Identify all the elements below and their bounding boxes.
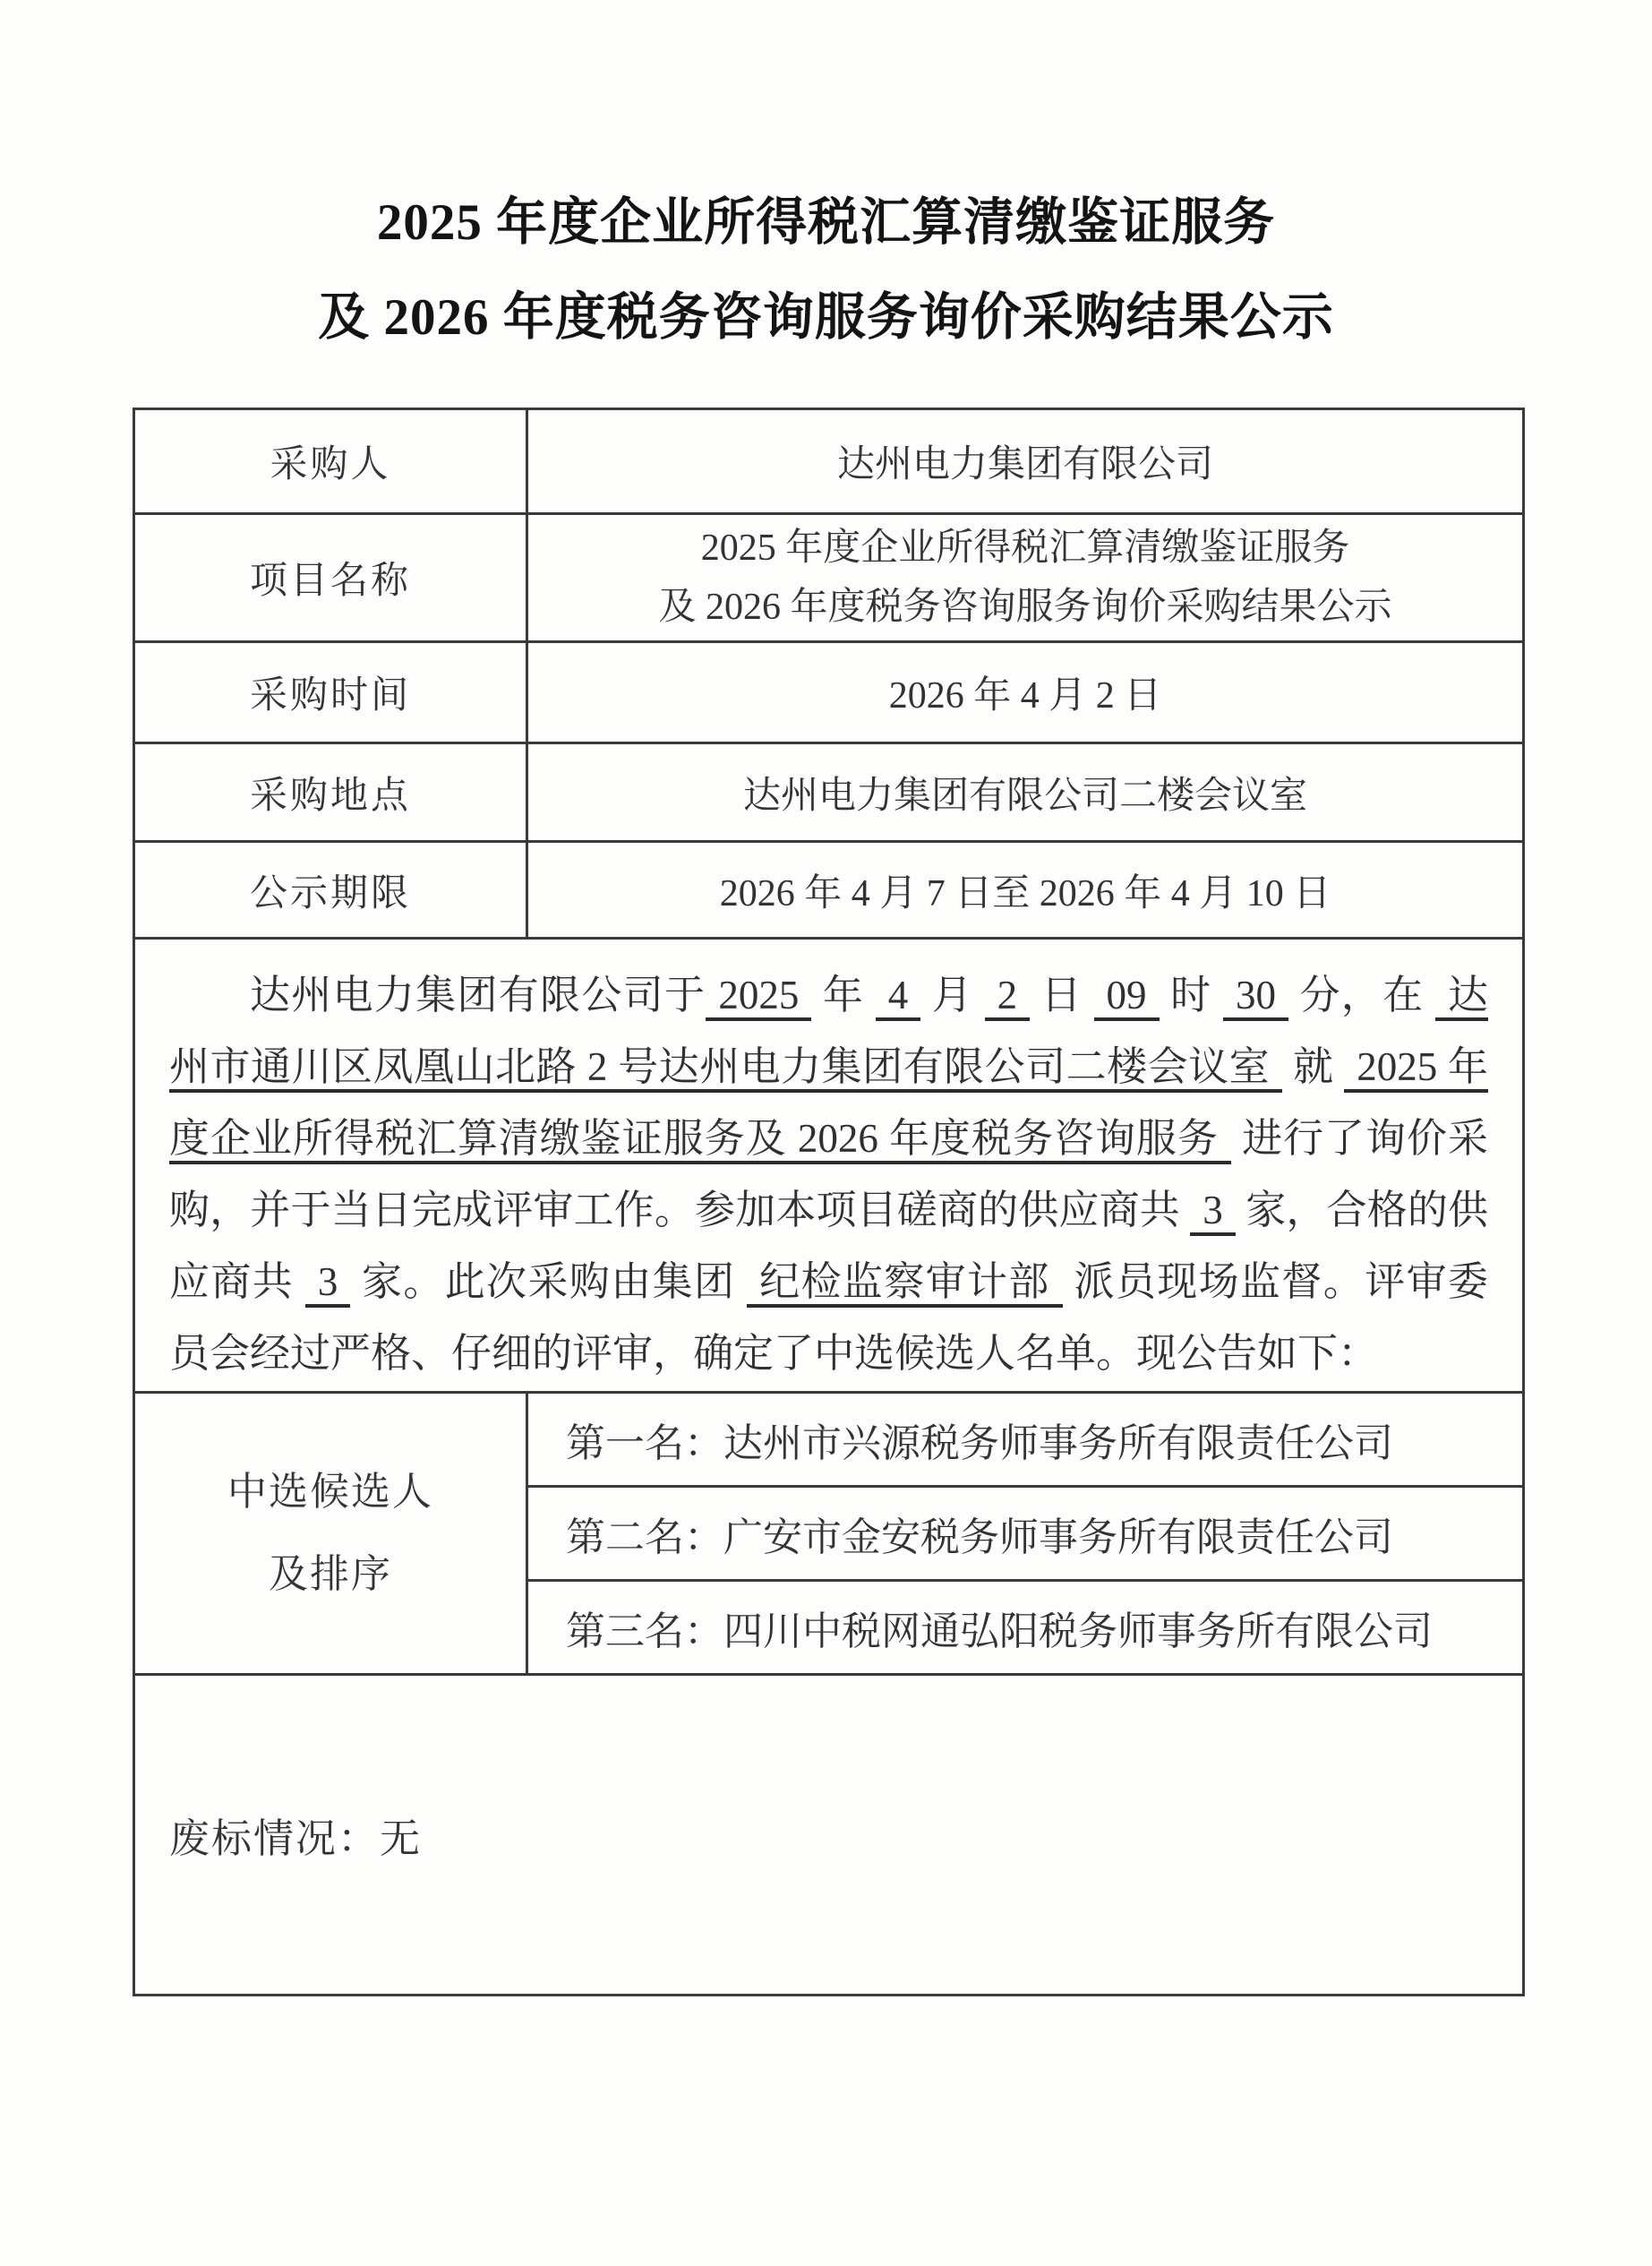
text-segment: 时 — [1160, 973, 1223, 1017]
purchase-place-value: 达州电力集团有限公司二楼会议室 — [527, 743, 1524, 842]
announcement-table: 采购人 达州电力集团有限公司 项目名称 2025 年度企业所得税汇算清缴鉴证服务… — [133, 408, 1525, 1996]
rejected-bids-cell: 废标情况：无 — [134, 1675, 1524, 1996]
underlined-blank: 3 — [1190, 1188, 1236, 1236]
purchase-time-label: 采购时间 — [134, 642, 527, 743]
candidate-rank-2: 第二名：广安市金安税务师事务所有限责任公司 — [527, 1487, 1524, 1581]
purchase-time-value: 2026 年 4 月 2 日 — [527, 642, 1524, 743]
underlined-blank: 3 — [305, 1259, 351, 1308]
document-title-line2: 及 2026 年度税务咨询服务询价采购结果公示 — [0, 270, 1652, 365]
candidate-rank-1: 第一名：达州市兴源税务师事务所有限责任公司 — [527, 1393, 1524, 1487]
table-row: 采购人 达州电力集团有限公司 — [134, 409, 1524, 514]
underlined-blank: 纪检监察审计部 — [747, 1259, 1063, 1308]
table-row: 达州电力集团有限公司于2025 年 4 月 2 日 09 时 30 分，在 达州… — [134, 939, 1524, 1393]
text-segment: 分，在 — [1288, 973, 1435, 1017]
project-name-label: 项目名称 — [134, 514, 527, 642]
project-name-line2: 及 2026 年度税务咨询服务询价采购结果公示 — [529, 578, 1521, 637]
underlined-blank: 4 — [876, 973, 921, 1021]
document-title: 2025 年度企业所得税汇算清缴鉴证服务 及 2026 年度税务咨询服务询价采购… — [0, 176, 1652, 365]
text-segment: 家。此次采购由集团 — [350, 1259, 747, 1304]
document-page: 2025 年度企业所得税汇算清缴鉴证服务 及 2026 年度税务咨询服务询价采购… — [0, 0, 1652, 2266]
publicity-period-value: 2026 年 4 月 7 日至 2026 年 4 月 10 日 — [527, 842, 1524, 939]
project-name-line1: 2025 年度企业所得税汇算清缴鉴证服务 — [529, 519, 1521, 578]
table-row: 公示期限 2026 年 4 月 7 日至 2026 年 4 月 10 日 — [134, 842, 1524, 939]
text-segment: 达州电力集团有限公司于 — [250, 973, 706, 1017]
document-title-line1: 2025 年度企业所得税汇算清缴鉴证服务 — [0, 176, 1652, 270]
purchase-place-label: 采购地点 — [134, 743, 527, 842]
underlined-blank: 30 — [1223, 973, 1288, 1021]
text-segment: 日 — [1030, 973, 1093, 1017]
candidate-rank-3: 第三名：四川中税网通弘阳税务师事务所有限公司 — [527, 1581, 1524, 1675]
purchaser-label: 采购人 — [134, 409, 527, 514]
table-row: 采购地点 达州电力集团有限公司二楼会议室 — [134, 743, 1524, 842]
project-name-value: 2025 年度企业所得税汇算清缴鉴证服务 及 2026 年度税务咨询服务询价采购… — [527, 514, 1524, 642]
purchaser-value: 达州电力集团有限公司 — [527, 409, 1524, 514]
announcement-paragraph: 达州电力集团有限公司于2025 年 4 月 2 日 09 时 30 分，在 达州… — [169, 959, 1488, 1389]
underlined-blank: 2 — [985, 973, 1031, 1021]
table-row: 项目名称 2025 年度企业所得税汇算清缴鉴证服务 及 2026 年度税务咨询服… — [134, 514, 1524, 642]
text-segment: 月 — [920, 973, 984, 1017]
text-segment: 年 — [811, 973, 875, 1017]
announcement-body-cell: 达州电力集团有限公司于2025 年 4 月 2 日 09 时 30 分，在 达州… — [134, 939, 1524, 1393]
candidates-header-line1: 中选候选人 — [136, 1451, 525, 1533]
table-row: 采购时间 2026 年 4 月 2 日 — [134, 642, 1524, 743]
underlined-blank: 09 — [1094, 973, 1160, 1021]
text-segment: 就 — [1282, 1044, 1344, 1089]
underlined-blank: 2025 — [706, 973, 811, 1021]
table-row: 废标情况：无 — [134, 1675, 1524, 1996]
candidates-header-line2: 及排序 — [136, 1533, 525, 1616]
table-row: 中选候选人 及排序 第一名：达州市兴源税务师事务所有限责任公司 — [134, 1393, 1524, 1487]
publicity-period-label: 公示期限 — [134, 842, 527, 939]
candidates-header: 中选候选人 及排序 — [134, 1393, 527, 1675]
